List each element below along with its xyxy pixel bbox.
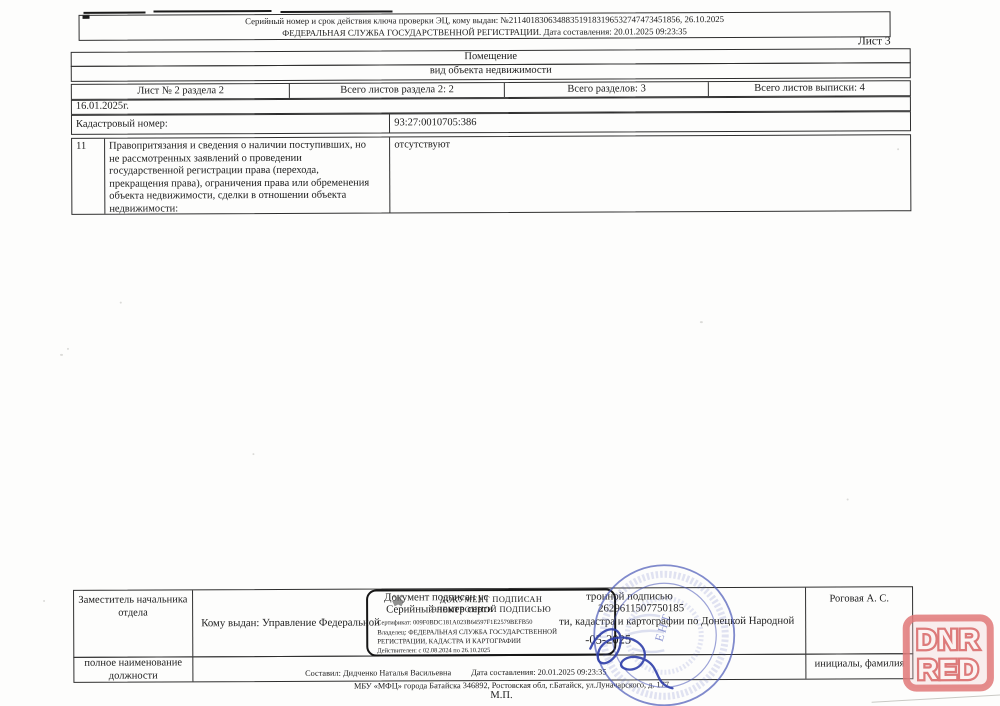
object-type-caption-row: вид объекта недвижимости [71,62,911,82]
scan-speck [847,498,849,500]
watermark-line: RED [917,654,979,685]
meta-total-sections: Всего разделов: 3 [504,82,709,97]
name-caption-cell: инициалы, фамилия [806,654,913,678]
signature-table-row-captions: полное наименование должности Составил: … [73,653,913,683]
esign-owner-line: Владелец: ФЕДЕРАЛЬНАЯ СЛУЖБА ГОСУДАРСТВЕ… [377,629,557,638]
position-caption-cell: полное наименование должности [74,657,192,682]
sheet-number: Лист 3 [799,35,891,47]
claims-row-number: 11 [72,139,104,214]
scan-artifact-line [154,10,272,13]
scan-speck [700,321,703,323]
registration-service-line: ФЕДЕРАЛЬНАЯ СЛУЖБА ГОСУДАРСТВЕННОЙ РЕГИС… [80,25,890,40]
compiled-by: Составил: Дидченко Наталья Васильевна [305,668,451,678]
key-serial-header-box: Серийный номер и срок действия ключа про… [79,11,891,41]
meta-total-sheets-of-extract: Всего листов выписки: 4 [708,81,910,96]
object-type-caption: вид объекта недвижимости [430,65,552,77]
scan-speck [43,600,45,602]
signer-name-cell: Роговая А. С. [805,587,912,653]
scan-speck [120,302,122,304]
round-blue-stamp: ЕНТ [584,550,751,706]
esign-validity: Действителен: с 02.08.2024 по 26.10.2025 [377,647,490,655]
esign-title-line: ЭЛЕКТРОННОЙ ПОДПИСЬЮ [368,605,614,616]
signer-position-cell: Заместитель начальника отдела [74,590,192,657]
object-type: Помещение [464,51,517,62]
stamp-place-label: М.П. [441,690,561,702]
claims-row: 11 Правопритязания и сведения о наличии … [71,134,911,215]
scan-speck [67,348,69,350]
extract-date: 16.01.2025г. [76,101,129,112]
scan-artifact-line [84,12,146,14]
claims-row-value: отсутствуют [389,135,910,212]
dnr-red-watermark: DNR RED [901,614,995,694]
esign-owner-line: РЕГИСТРАЦИИ, КАДАСТРА И КАРТОГРАФИИ [377,638,521,647]
scan-speck [897,148,899,150]
esign-certificate: Сертификат: 009F0BDC181A023B64597F1E2579… [377,619,532,628]
meta-total-sheets-of-section: Всего листов раздела 2: 2 [289,83,504,98]
esign-text-fragment: Кому выдан: Управление Федеральной [201,617,380,630]
scan-speck [60,354,63,356]
watermark-line: DNR [916,624,980,655]
meta-sheet-of-section: Лист № 2 раздела 2 [72,84,290,99]
page-edge-shadow [872,694,1000,702]
scan-speck [252,453,254,455]
esign-stamp-box: ДОКУМЕНТ ПОДПИСАН ЭЛЕКТРОННОЙ ПОДПИСЬЮ С… [366,588,616,656]
cadastral-number-row: Кадастровый номер: 93:27:0010705:386 [71,111,911,135]
claims-row-label: Правопритязания и сведения о наличии пос… [104,137,390,213]
scanned-document-page: Серийный номер и срок действия ключа про… [0,0,1000,706]
cadastral-number-value: 93:27:0010705:386 [389,112,910,132]
cadastral-number-label: Кадастровый номер: [72,114,389,133]
